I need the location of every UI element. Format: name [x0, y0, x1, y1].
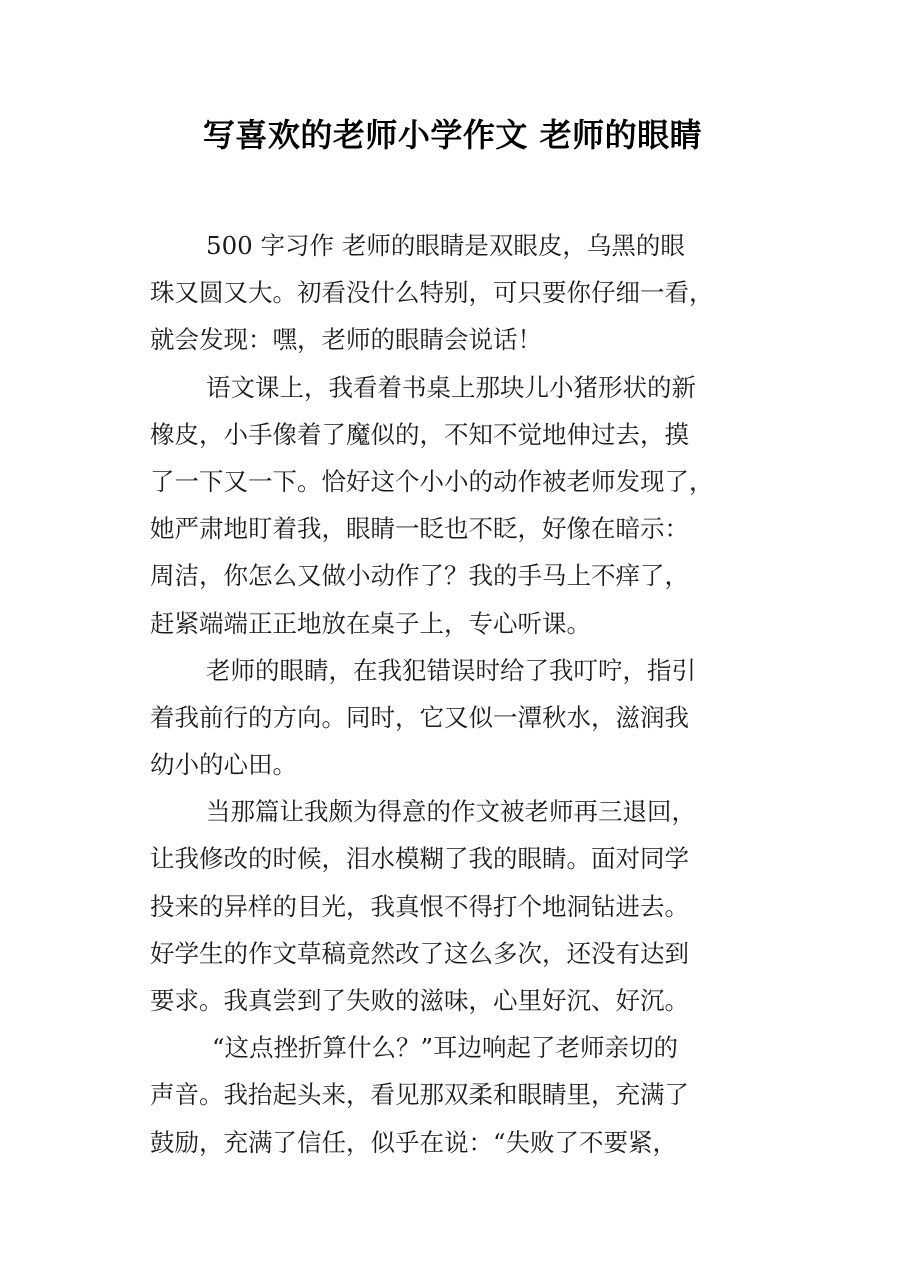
paragraph-1: 500 字习作 老师的眼睛是双眼皮，乌黑的眼 珠又圆又大。初看没什么特别，可只要… — [150, 222, 790, 364]
text-line: 她严肃地盯着我，眼睛一眨也不眨，好像在暗示： — [150, 505, 790, 552]
text-line: 就会发现：嘿，老师的眼睛会说话！ — [150, 316, 790, 363]
document-page: 写喜欢的老师小学作文 老师的眼睛 500 字习作 老师的眼睛是双眼皮，乌黑的眼 … — [0, 0, 905, 1280]
text-line: 橡皮，小手像着了魔似的，不知不觉地伸过去，摸 — [150, 411, 790, 458]
text-line: 珠又圆又大。初看没什么特别，可只要你仔细一看， — [150, 269, 790, 316]
paragraph-2: 语文课上，我看着书桌上那块儿小猪形状的新 橡皮，小手像着了魔似的，不知不觉地伸过… — [150, 364, 790, 647]
document-title: 写喜欢的老师小学作文 老师的眼睛 — [0, 110, 905, 160]
text-line: “这点挫折算什么？”耳边响起了老师亲切的 — [150, 1024, 790, 1071]
text-line: 当那篇让我颇为得意的作文被老师再三退回， — [150, 788, 790, 835]
text-line: 投来的异样的目光，我真恨不得打个地洞钻进去。 — [150, 883, 790, 930]
text-line: 语文课上，我看着书桌上那块儿小猪形状的新 — [150, 364, 790, 411]
document-body: 500 字习作 老师的眼睛是双眼皮，乌黑的眼 珠又圆又大。初看没什么特别，可只要… — [150, 222, 790, 1166]
text-line: 老师的眼睛，在我犯错误时给了我叮咛，指引 — [150, 647, 790, 694]
text-line: 了一下又一下。恰好这个小小的动作被老师发现了， — [150, 458, 790, 505]
text-line: 周洁，你怎么又做小动作了？我的手马上不痒了， — [150, 552, 790, 599]
text-line: 赶紧端端正正地放在桌子上，专心听课。 — [150, 600, 790, 647]
text-line: 要求。我真尝到了失败的滋味，心里好沉、好沉。 — [150, 977, 790, 1024]
text-line: 500 字习作 老师的眼睛是双眼皮，乌黑的眼 — [150, 222, 790, 269]
paragraph-3: 老师的眼睛，在我犯错误时给了我叮咛，指引 着我前行的方向。同时，它又似一潭秋水，… — [150, 647, 790, 789]
text-line: 声音。我抬起头来，看见那双柔和眼睛里，充满了 — [150, 1071, 790, 1118]
paragraph-5: “这点挫折算什么？”耳边响起了老师亲切的 声音。我抬起头来，看见那双柔和眼睛里，… — [150, 1024, 790, 1166]
paragraph-4: 当那篇让我颇为得意的作文被老师再三退回， 让我修改的时候，泪水模糊了我的眼睛。面… — [150, 788, 790, 1024]
text-line: 幼小的心田。 — [150, 741, 790, 788]
text-line: 着我前行的方向。同时，它又似一潭秋水，滋润我 — [150, 694, 790, 741]
text-line: 好学生的作文草稿竟然改了这么多次，还没有达到 — [150, 930, 790, 977]
text-line: 让我修改的时候，泪水模糊了我的眼睛。面对同学 — [150, 835, 790, 882]
text-line: 鼓励，充满了信任，似乎在说：“失败了不要紧， — [150, 1119, 790, 1166]
